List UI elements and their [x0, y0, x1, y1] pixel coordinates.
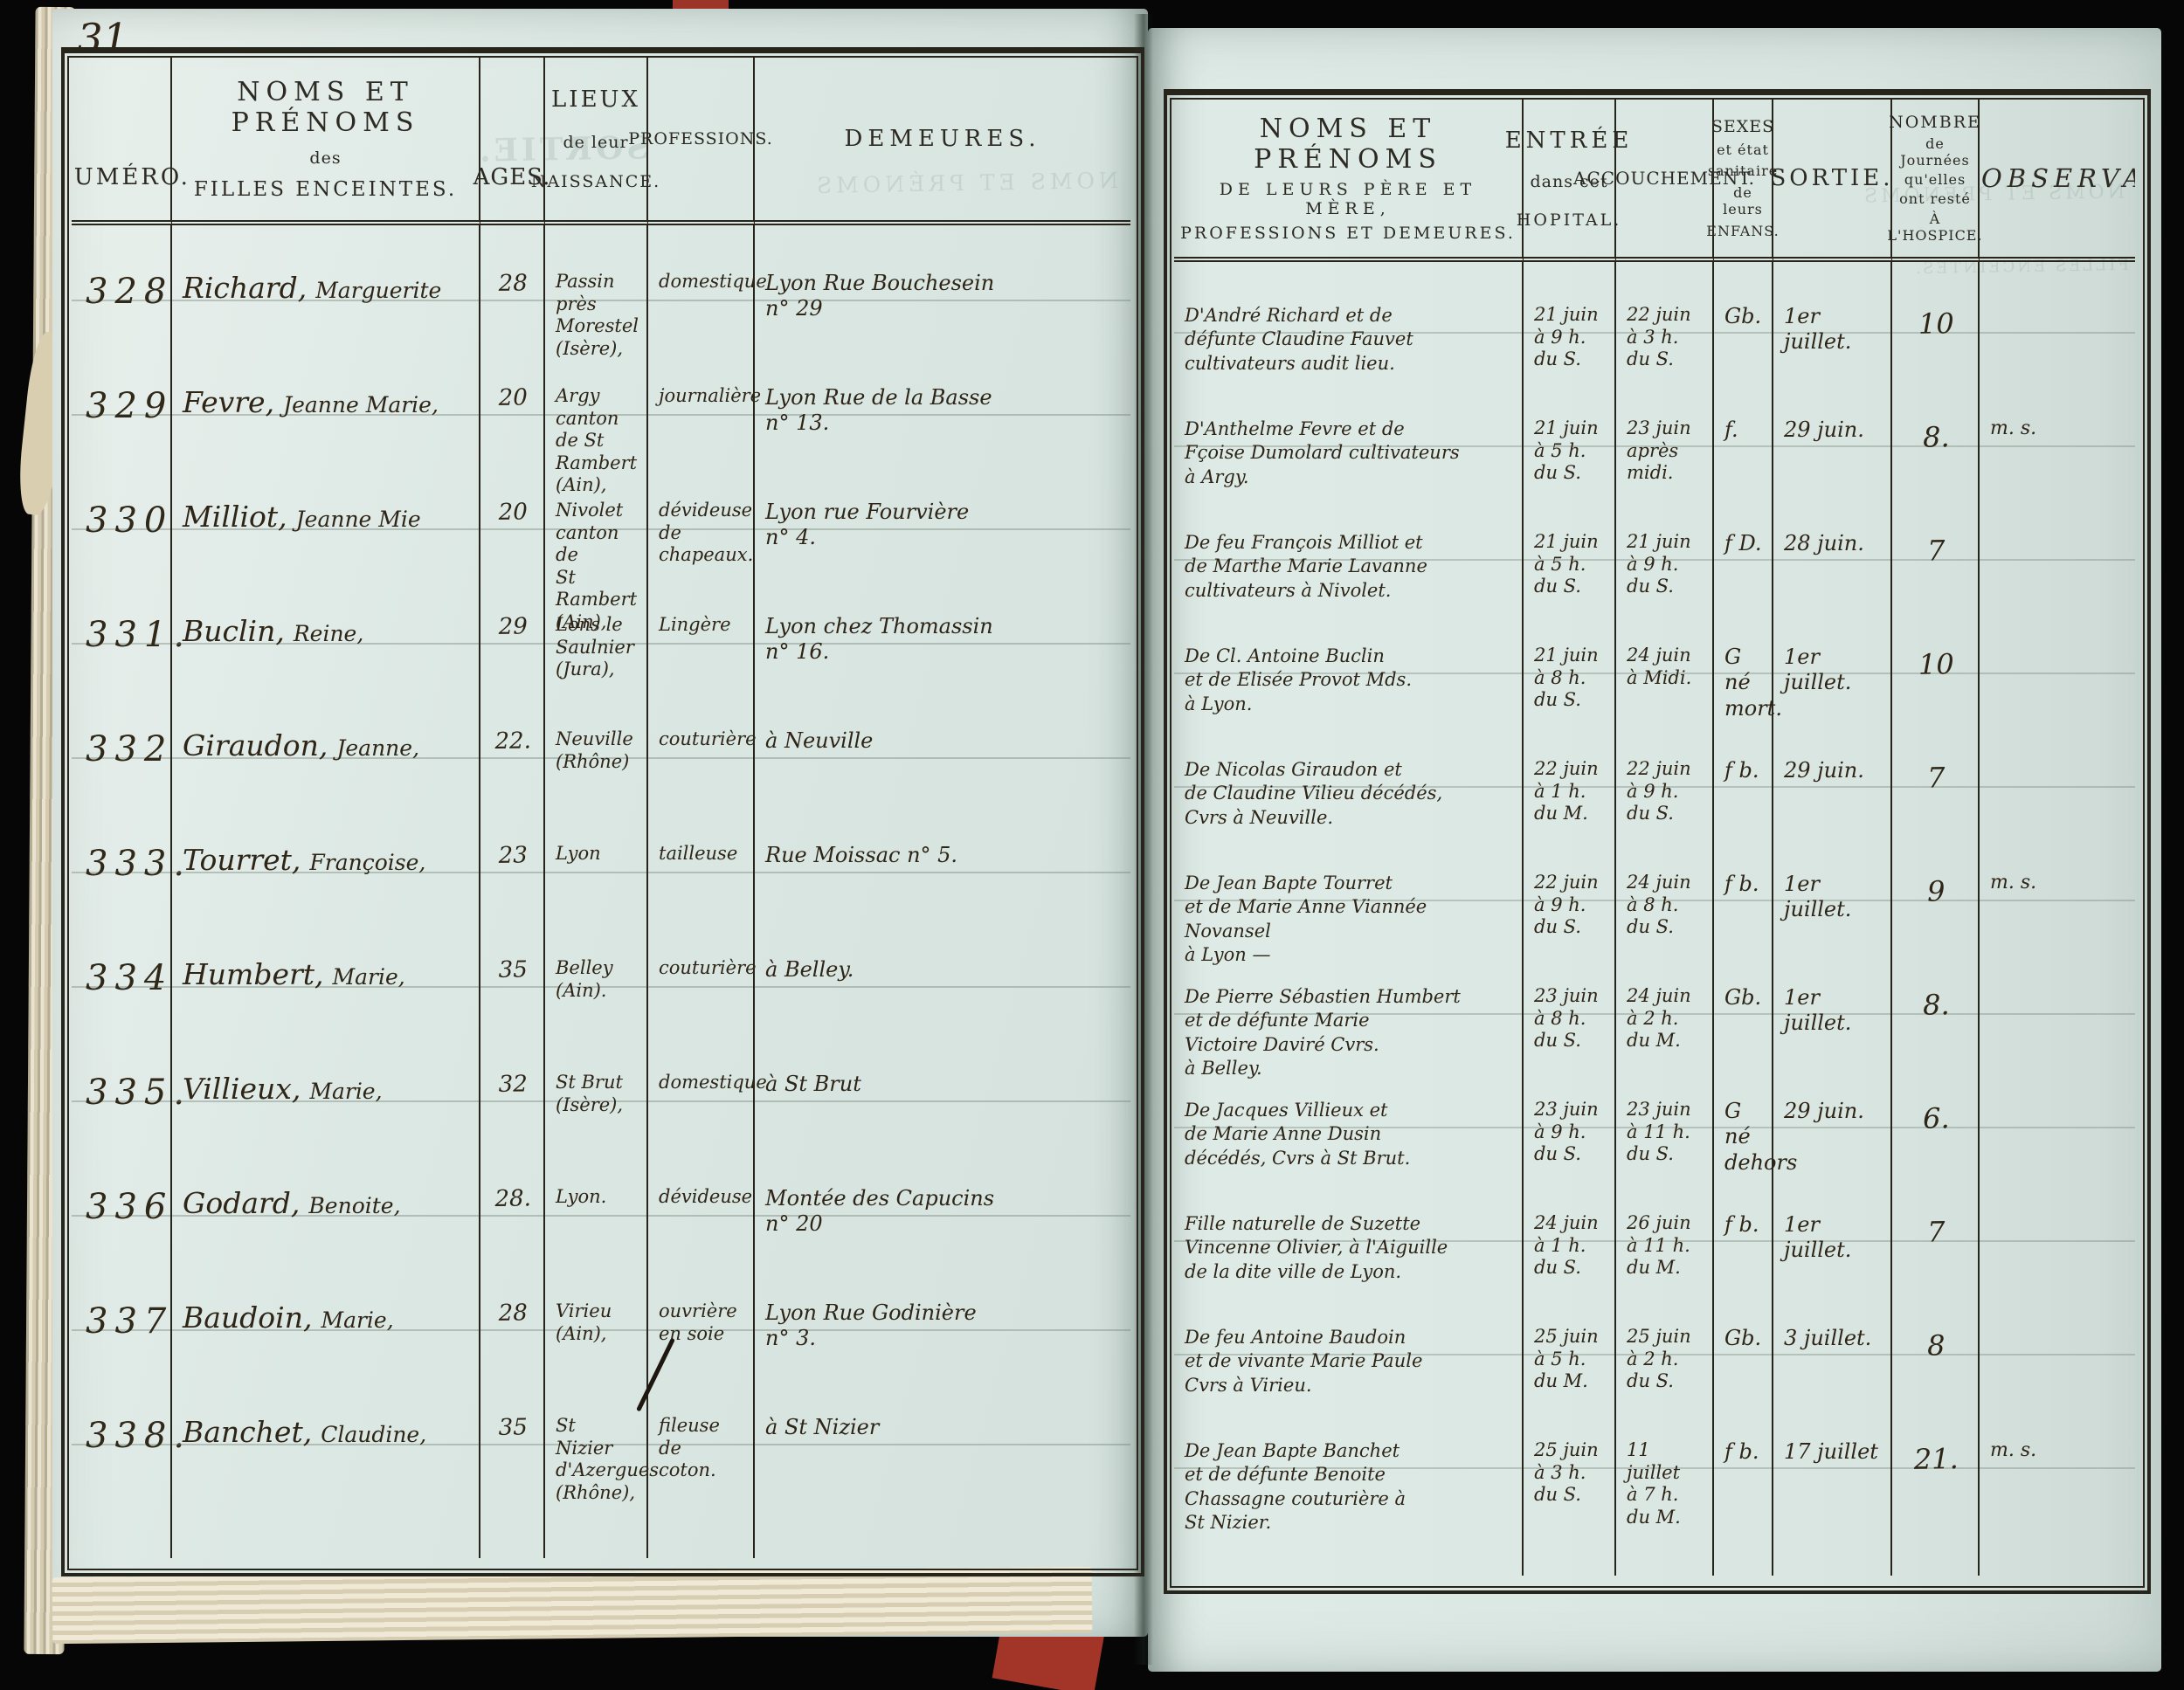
parents-value: Fille naturelle de Suzette Vincenne Oliv… [1185, 1213, 1448, 1282]
cell-sexe: f D. [1714, 489, 1773, 603]
givenname-value: Marie, [309, 1079, 382, 1104]
cell-entree: 24 juin à 1 h. du S. [1524, 1170, 1616, 1284]
filler-cell [1174, 1511, 1524, 1576]
days-value: 7 [1903, 530, 1970, 569]
cell-demeure: à St Brut [755, 1026, 1130, 1141]
cell-sortie: 29 juin. [1773, 716, 1892, 830]
sex-value: f b. [1724, 758, 1759, 783]
cell-sortie: 1er juillet. [1773, 830, 1892, 943]
cell-numero: 328 [72, 225, 172, 340]
numero-value: 336 [82, 1187, 173, 1227]
cell-observations: m. s. [1980, 1397, 2135, 1511]
col-header-demeures: DEMEURES. [755, 58, 1130, 225]
parents-value: De feu François Milliot et de Marthe Mar… [1185, 532, 1427, 601]
cell-profession: fileuse de coton. [648, 1369, 755, 1484]
surname-value: Villieux, [183, 1072, 301, 1106]
cell-profession: domestique [648, 225, 755, 340]
cell-nom: Banchet,Claudine, [172, 1369, 480, 1484]
days-value: 21. [1903, 1438, 1970, 1477]
residence-value: Lyon Rue Godinière n° 3. [765, 1300, 977, 1350]
cell-demeure: Rue Moissac n° 5. [755, 797, 1130, 912]
admission-value: 23 juin à 9 h. du S. [1534, 1099, 1599, 1164]
cell-profession: Lingère [648, 569, 755, 683]
observations-value: m. s. [1990, 872, 2036, 893]
filler-cell [1616, 1511, 1714, 1576]
days-value: 10 [1903, 644, 1970, 682]
age-value: 28 [491, 1300, 535, 1328]
cell-sortie: 3 juillet. [1773, 1284, 1892, 1397]
cell-naissance: Virieu (Ain), [545, 1255, 648, 1369]
discharge-value: 1er juillet. [1784, 645, 1851, 694]
residence-value: à St Brut [765, 1072, 861, 1096]
age-value: 23 [491, 842, 535, 870]
sex-value: f D. [1724, 531, 1762, 555]
cell-journees: 7 [1892, 716, 1980, 830]
admission-value: 25 juin à 5 h. du M. [1534, 1326, 1599, 1391]
cell-accouchement: 26 juin à 11 h. du M. [1616, 1170, 1714, 1284]
admission-value: 21 juin à 5 h. du S. [1534, 417, 1599, 483]
delivery-value: 24 juin à Midi. [1627, 645, 1691, 688]
discharge-value: 28 juin. [1784, 531, 1864, 555]
cell-demeure: Lyon Rue de la Basse n° 13. [755, 340, 1130, 454]
cell-age: 22. [480, 683, 545, 797]
col-header-sortie: SORTIE. [1773, 100, 1892, 262]
header-label: qu'elles [1904, 171, 1966, 188]
cell-sortie: 29 juin. [1773, 1057, 1892, 1170]
profession-value: dévideuse [659, 1186, 752, 1207]
cell-journees: 9 [1892, 830, 1980, 943]
register-photo: 31 SORTIE. NOMS ET PRÉNOMS NOMS ET PRÉNO… [0, 0, 2184, 1690]
age-value: 35 [491, 1414, 535, 1442]
birthplace-value: Lyon [556, 843, 601, 864]
residence-value: à St Nizier [765, 1415, 879, 1439]
cell-parents: De feu François Milliot et de Marthe Mar… [1174, 489, 1524, 603]
filler-cell [1773, 1511, 1892, 1576]
header-label: ont resté [1899, 190, 1971, 207]
delivery-value: 21 juin à 9 h. du S. [1627, 531, 1691, 597]
discharge-value: 1er juillet. [1784, 1212, 1851, 1262]
cell-sexe: f b. [1714, 716, 1773, 830]
cell-entree: 21 juin à 8 h. du S. [1524, 603, 1616, 716]
days-value: 7 [1903, 1211, 1970, 1250]
cell-journees: 7 [1892, 1170, 1980, 1284]
delivery-value: 23 juin après midi. [1627, 417, 1691, 483]
cell-naissance: Passin près Morestel (Isère), [545, 225, 648, 340]
col-header-sexes: SEXES et état sanitaire de leurs ENFANS. [1714, 100, 1773, 262]
days-value: 8. [1903, 417, 1970, 455]
sex-value: f b. [1724, 872, 1759, 896]
cell-entree: 25 juin à 5 h. du M. [1524, 1284, 1616, 1397]
cell-age: 35 [480, 1369, 545, 1484]
cell-observations: m. s. [1980, 376, 2135, 489]
header-label: de leur [563, 133, 628, 152]
cell-nom: Tourret,Françoise, [172, 797, 480, 912]
cell-observations [1980, 943, 2135, 1057]
filler-cell [72, 1484, 172, 1558]
profession-value: domestique [659, 1072, 767, 1093]
cell-sortie: 1er juillet. [1773, 1170, 1892, 1284]
cell-entree: 21 juin à 5 h. du S. [1524, 376, 1616, 489]
cell-demeure: Lyon Rue Godinière n° 3. [755, 1255, 1130, 1369]
cell-age: 20 [480, 340, 545, 454]
cell-demeure: à Neuville [755, 683, 1130, 797]
cell-entree: 21 juin à 5 h. du S. [1524, 489, 1616, 603]
cell-naissance: Lyon [545, 797, 648, 912]
cell-parents: D'Anthelme Fevre et de Fçoise Dumolard c… [1174, 376, 1524, 489]
givenname-value: Reine, [294, 621, 363, 646]
birthplace-value: Lons le Saulnier (Jura), [556, 614, 634, 679]
discharge-value: 3 juillet. [1784, 1326, 1871, 1350]
profession-value: tailleuse [659, 843, 737, 864]
cell-journees: 8 [1892, 1284, 1980, 1397]
residence-value: à Neuville [765, 728, 873, 753]
numero-value: 330 [82, 500, 173, 541]
cell-accouchement: 22 juin à 9 h. du S. [1616, 716, 1714, 830]
givenname-value: Benoite, [308, 1193, 400, 1218]
cell-numero: 337 [72, 1255, 172, 1369]
cell-numero: 330 [72, 454, 172, 569]
header-label: ENTRÉE [1505, 128, 1634, 154]
header-label: FILLES ENCEINTES. [194, 178, 457, 201]
sex-value: Gb. [1724, 304, 1761, 328]
cell-accouchement: 23 juin à 11 h. du S. [1616, 1057, 1714, 1170]
header-label: ENFANS. [1706, 223, 1779, 239]
header-label: SEXES [1711, 117, 1774, 136]
filler-cell [545, 1484, 648, 1558]
cell-naissance: Lyon. [545, 1141, 648, 1255]
days-value: 8 [1903, 1325, 1970, 1363]
surname-value: Buclin, [183, 614, 285, 648]
header-label: de Journées [1893, 135, 1977, 169]
delivery-value: 24 juin à 2 h. du M. [1627, 985, 1691, 1051]
header-label: DEMEURES. [844, 126, 1040, 152]
cell-accouchement: 11 juillet à 7 h. du M. [1616, 1397, 1714, 1511]
cell-entree: 22 juin à 9 h. du S. [1524, 830, 1616, 943]
cell-profession: dévideuse de chapeaux. [648, 454, 755, 569]
col-header-accouchement: ACCOUCHEMENT. [1616, 100, 1714, 262]
birthplace-value: St Brut (Isère), [556, 1072, 623, 1115]
cell-sexe: Gb. [1714, 262, 1773, 376]
cell-nom: Humbert,Marie, [172, 912, 480, 1026]
residence-value: à Belley. [765, 957, 854, 982]
age-value: 28 [491, 270, 535, 298]
surname-value: Godard, [183, 1186, 300, 1220]
admission-value: 21 juin à 9 h. du S. [1534, 304, 1599, 369]
cell-nom: Milliot,Jeanne Mie [172, 454, 480, 569]
parents-value: De Cl. Antoine Buclin et de Elisée Provo… [1185, 645, 1412, 714]
cell-naissance: St Nizier d'Azergues (Rhône), [545, 1369, 648, 1484]
cell-numero: 336 [72, 1141, 172, 1255]
numero-value: 337 [82, 1301, 173, 1342]
cell-entree: 21 juin à 9 h. du S. [1524, 262, 1616, 376]
filler-cell [480, 1484, 545, 1558]
sex-value: f b. [1724, 1212, 1759, 1237]
cell-demeure: Montée des Capucins n° 20 [755, 1141, 1130, 1255]
header-label: PROFESSIONS ET DEMEURES. [1180, 224, 1516, 243]
header-label: de leurs [1715, 184, 1771, 217]
residence-value: Rue Moissac n° 5. [765, 843, 957, 867]
cell-parents: De Nicolas Giraudon et de Claudine Vilie… [1174, 716, 1524, 830]
cell-naissance: Argy canton de St Rambert (Ain), [545, 340, 648, 454]
residence-value: Lyon rue Fourvière n° 4. [765, 500, 969, 549]
birthplace-value: Neuville (Rhône) [556, 728, 633, 772]
cell-observations [1980, 716, 2135, 830]
days-value: 10 [1903, 303, 1970, 341]
age-value: 28. [491, 1185, 535, 1213]
header-label: DE LEURS PÈRE ET MÈRE, [1176, 180, 1520, 218]
cell-observations [1980, 1170, 2135, 1284]
cell-observations: m. s. [1980, 830, 2135, 943]
header-label: NOMBRE [1889, 113, 1981, 132]
delivery-value: 22 juin à 9 h. du S. [1627, 758, 1691, 824]
admission-value: 21 juin à 8 h. du S. [1534, 645, 1599, 710]
delivery-value: 24 juin à 8 h. du S. [1627, 872, 1691, 937]
cell-naissance: Nivolet canton de St Rambert (Ain), [545, 454, 648, 569]
cell-numero: 332 [72, 683, 172, 797]
givenname-value: Marie, [333, 964, 405, 990]
cell-sexe: f. [1714, 376, 1773, 489]
cell-numero: 329 [72, 340, 172, 454]
observations-value: m. s. [1990, 417, 2036, 439]
givenname-value: Françoise, [309, 850, 425, 875]
givenname-value: Marguerite [315, 278, 441, 303]
parents-value: De feu Antoine Baudoin et de vivante Mar… [1185, 1327, 1422, 1396]
cell-journees: 10 [1892, 603, 1980, 716]
cell-observations [1980, 489, 2135, 603]
cell-sexe: f b. [1714, 830, 1773, 943]
cell-age: 28 [480, 225, 545, 340]
profession-value: fileuse de coton. [659, 1415, 720, 1480]
profession-value: journalière [659, 385, 761, 406]
admission-value: 25 juin à 3 h. du S. [1534, 1439, 1599, 1505]
cell-sexe: Gb. [1714, 1284, 1773, 1397]
filler-cell [1714, 1511, 1773, 1576]
cell-entree: 23 juin à 9 h. du S. [1524, 1057, 1616, 1170]
cell-profession: tailleuse [648, 797, 755, 912]
profession-value: Lingère [659, 614, 731, 635]
col-header-observations: OBSERVATIONS. [1980, 100, 2135, 262]
cell-naissance: Belley (Ain). [545, 912, 648, 1026]
cell-age: 23 [480, 797, 545, 912]
sex-value: Gb. [1724, 985, 1761, 1010]
numero-value: 332 [82, 729, 173, 769]
col-header-noms: NOMS ET PRÉNOMS des FILLES ENCEINTES. [172, 58, 480, 225]
cell-demeure: Lyon Rue Bouchesein n° 29 [755, 225, 1130, 340]
admission-value: 21 juin à 5 h. du S. [1534, 531, 1599, 597]
days-value: 8. [1903, 984, 1970, 1023]
delivery-value: 23 juin à 11 h. du S. [1627, 1099, 1691, 1164]
parents-value: De Nicolas Giraudon et de Claudine Vilie… [1185, 759, 1442, 828]
header-label: À L'HOSPICE. [1887, 210, 1982, 244]
cell-sexe: f b. [1714, 1397, 1773, 1511]
cell-profession: domestique [648, 1026, 755, 1141]
days-value: 9 [1903, 871, 1970, 909]
delivery-value: 22 juin à 3 h. du S. [1627, 304, 1691, 369]
col-header-ages: AGES. [480, 58, 545, 225]
age-value: 32 [491, 1071, 535, 1099]
age-value: 22. [491, 728, 535, 755]
cell-observations [1980, 1057, 2135, 1170]
cell-nom: Giraudon,Jeanne, [172, 683, 480, 797]
age-value: 35 [491, 956, 535, 984]
admission-value: 23 juin à 8 h. du S. [1534, 985, 1599, 1051]
cell-sexe: f b. [1714, 1170, 1773, 1284]
birthplace-value: Belley (Ain). [556, 957, 613, 1001]
cell-nom: Baudoin,Marie, [172, 1255, 480, 1369]
cell-age: 28. [480, 1141, 545, 1255]
cell-nom: Buclin,Reine, [172, 569, 480, 683]
cell-age: 32 [480, 1026, 545, 1141]
discharge-value: 1er juillet. [1784, 872, 1851, 921]
residence-value: Lyon chez Thomassin n° 16. [765, 614, 993, 664]
cell-parents: Fille naturelle de Suzette Vincenne Oliv… [1174, 1170, 1524, 1284]
header-label: LIEUX [551, 86, 640, 113]
cell-sortie: 1er juillet. [1773, 943, 1892, 1057]
cell-journees: 6. [1892, 1057, 1980, 1170]
col-header-nombre: NOMBRE de Journées qu'elles ont resté À … [1892, 100, 1980, 262]
cell-numero: 338. [72, 1369, 172, 1484]
cell-numero: 333. [72, 797, 172, 912]
cell-parents: D'André Richard et de défunte Claudine F… [1174, 262, 1524, 376]
profession-value: couturière [659, 728, 757, 749]
parents-value: D'André Richard et de défunte Claudine F… [1185, 305, 1413, 374]
cell-parents: De Cl. Antoine Buclin et de Elisée Provo… [1174, 603, 1524, 716]
filler-cell [755, 1484, 1130, 1558]
cell-demeure: à St Nizier [755, 1369, 1130, 1484]
header-label: des [309, 148, 341, 168]
cell-age: 29 [480, 569, 545, 683]
header-label: PROFESSIONS. [628, 129, 773, 148]
observations-value: m. s. [1990, 1439, 2036, 1461]
numero-value: 334 [82, 958, 173, 998]
delivery-value: 26 juin à 11 h. du M. [1627, 1212, 1691, 1278]
cell-numero: 335. [72, 1026, 172, 1141]
cell-naissance: Lons le Saulnier (Jura), [545, 569, 648, 683]
cell-sortie: 1er juillet. [1773, 603, 1892, 716]
discharge-value: 29 juin. [1784, 1099, 1864, 1123]
header-label: sanitaire [1708, 162, 1778, 179]
cell-sortie: 29 juin. [1773, 376, 1892, 489]
cell-parents: De feu Antoine Baudoin et de vivante Mar… [1174, 1284, 1524, 1397]
age-value: 20 [491, 384, 535, 412]
discharge-value: 17 juillet [1784, 1439, 1878, 1464]
cell-nom: Fevre,Jeanne Marie, [172, 340, 480, 454]
surname-value: Baudoin, [183, 1300, 312, 1335]
cell-age: 28 [480, 1255, 545, 1369]
cell-observations [1980, 262, 2135, 376]
cell-accouchement: 22 juin à 3 h. du S. [1616, 262, 1714, 376]
givenname-value: Jeanne Marie, [283, 392, 439, 417]
cell-nom: Godard,Benoite, [172, 1141, 480, 1255]
cell-numero: 331. [72, 569, 172, 683]
cell-entree: 25 juin à 3 h. du S. [1524, 1397, 1616, 1511]
age-value: 20 [491, 499, 535, 527]
admission-value: 22 juin à 9 h. du S. [1534, 872, 1599, 937]
cell-naissance: Neuville (Rhône) [545, 683, 648, 797]
surname-value: Humbert, [183, 957, 324, 991]
col-header-professions: PROFESSIONS. [648, 58, 755, 225]
cell-nom: Villieux,Marie, [172, 1026, 480, 1141]
givenname-value: Marie, [321, 1307, 393, 1333]
col-header-numero: NUMÉRO. [72, 58, 172, 225]
cell-parents: De Jean Bapte Banchet et de défunte Beno… [1174, 1397, 1524, 1511]
sex-value: Gb. [1724, 1326, 1761, 1350]
page-stack-edges-bottom [52, 1567, 1093, 1644]
cell-accouchement: 21 juin à 9 h. du S. [1616, 489, 1714, 603]
sex-value: f b. [1724, 1439, 1759, 1464]
col-header-parents: NOMS ET PRÉNOMS DE LEURS PÈRE ET MÈRE, P… [1174, 100, 1524, 262]
header-label: OBSERVATIONS. [1981, 163, 2135, 193]
header-label: NOMS ET PRÉNOMS [174, 77, 477, 138]
filler-cell [1892, 1511, 1980, 1576]
admission-value: 22 juin à 1 h. du M. [1534, 758, 1599, 824]
sex-value: f. [1724, 417, 1738, 442]
cell-parents: De Jacques Villieux et de Marie Anne Dus… [1174, 1057, 1524, 1170]
residence-value: Montée des Capucins n° 20 [765, 1186, 994, 1236]
cell-accouchement: 24 juin à 8 h. du S. [1616, 830, 1714, 943]
cell-age: 35 [480, 912, 545, 1026]
filler-cell [1524, 1511, 1616, 1576]
cell-profession: couturière [648, 683, 755, 797]
cell-numero: 334 [72, 912, 172, 1026]
cell-sexe: Gb. [1714, 943, 1773, 1057]
givenname-value: Jeanne Mie [296, 507, 421, 532]
left-table: NUMÉRO. NOMS ET PRÉNOMS des FILLES ENCEI… [72, 58, 1130, 1558]
cell-entree: 22 juin à 1 h. du M. [1524, 716, 1616, 830]
cell-demeure: Lyon rue Fourvière n° 4. [755, 454, 1130, 569]
delivery-value: 25 juin à 2 h. du S. [1627, 1326, 1691, 1391]
cell-accouchement: 23 juin après midi. [1616, 376, 1714, 489]
discharge-value: 29 juin. [1784, 417, 1864, 442]
cell-journees: 10 [1892, 262, 1980, 376]
cell-profession: journalière [648, 340, 755, 454]
cell-demeure: Lyon chez Thomassin n° 16. [755, 569, 1130, 683]
header-label: SORTIE. [1770, 165, 1893, 191]
givenname-value: Claudine, [321, 1422, 426, 1447]
cell-accouchement: 24 juin à 2 h. du M. [1616, 943, 1714, 1057]
cell-parents: De Jean Bapte Tourret et de Marie Anne V… [1174, 830, 1524, 943]
birthplace-value: Lyon. [556, 1186, 606, 1207]
cell-profession: dévideuse [648, 1141, 755, 1255]
cell-sexe: G né mort. [1714, 603, 1773, 716]
profession-value: domestique [659, 271, 767, 292]
cell-parents: De Pierre Sébastien Humbert et de défunt… [1174, 943, 1524, 1057]
filler-cell [648, 1484, 755, 1558]
surname-value: Giraudon, [183, 728, 328, 762]
surname-value: Tourret, [183, 843, 301, 877]
profession-value: ouvrière en soie [659, 1300, 737, 1344]
header-label: NAISSANCE. [531, 172, 660, 191]
profession-value: couturière [659, 957, 757, 978]
cell-sexe: G né dehors [1714, 1057, 1773, 1170]
parents-value: D'Anthelme Fevre et de Fçoise Dumolard c… [1185, 418, 1460, 487]
discharge-value: 1er juillet. [1784, 304, 1851, 354]
profession-value: dévideuse de chapeaux. [659, 500, 753, 565]
age-value: 29 [491, 613, 535, 641]
cell-journees: 8. [1892, 943, 1980, 1057]
cell-journees: 21. [1892, 1397, 1980, 1511]
cell-accouchement: 25 juin à 2 h. du S. [1616, 1284, 1714, 1397]
birthplace-value: Virieu (Ain), [556, 1300, 612, 1344]
surname-value: Milliot, [183, 500, 287, 534]
cell-naissance: St Brut (Isère), [545, 1026, 648, 1141]
right-table: NOMS ET PRÉNOMS DE LEURS PÈRE ET MÈRE, P… [1174, 100, 2135, 1576]
cell-journees: 8. [1892, 376, 1980, 489]
header-label: et état [1717, 141, 1769, 158]
parents-value: De Jacques Villieux et de Marie Anne Dus… [1185, 1100, 1410, 1169]
cell-observations [1980, 1284, 2135, 1397]
numero-value: 329 [82, 386, 173, 426]
